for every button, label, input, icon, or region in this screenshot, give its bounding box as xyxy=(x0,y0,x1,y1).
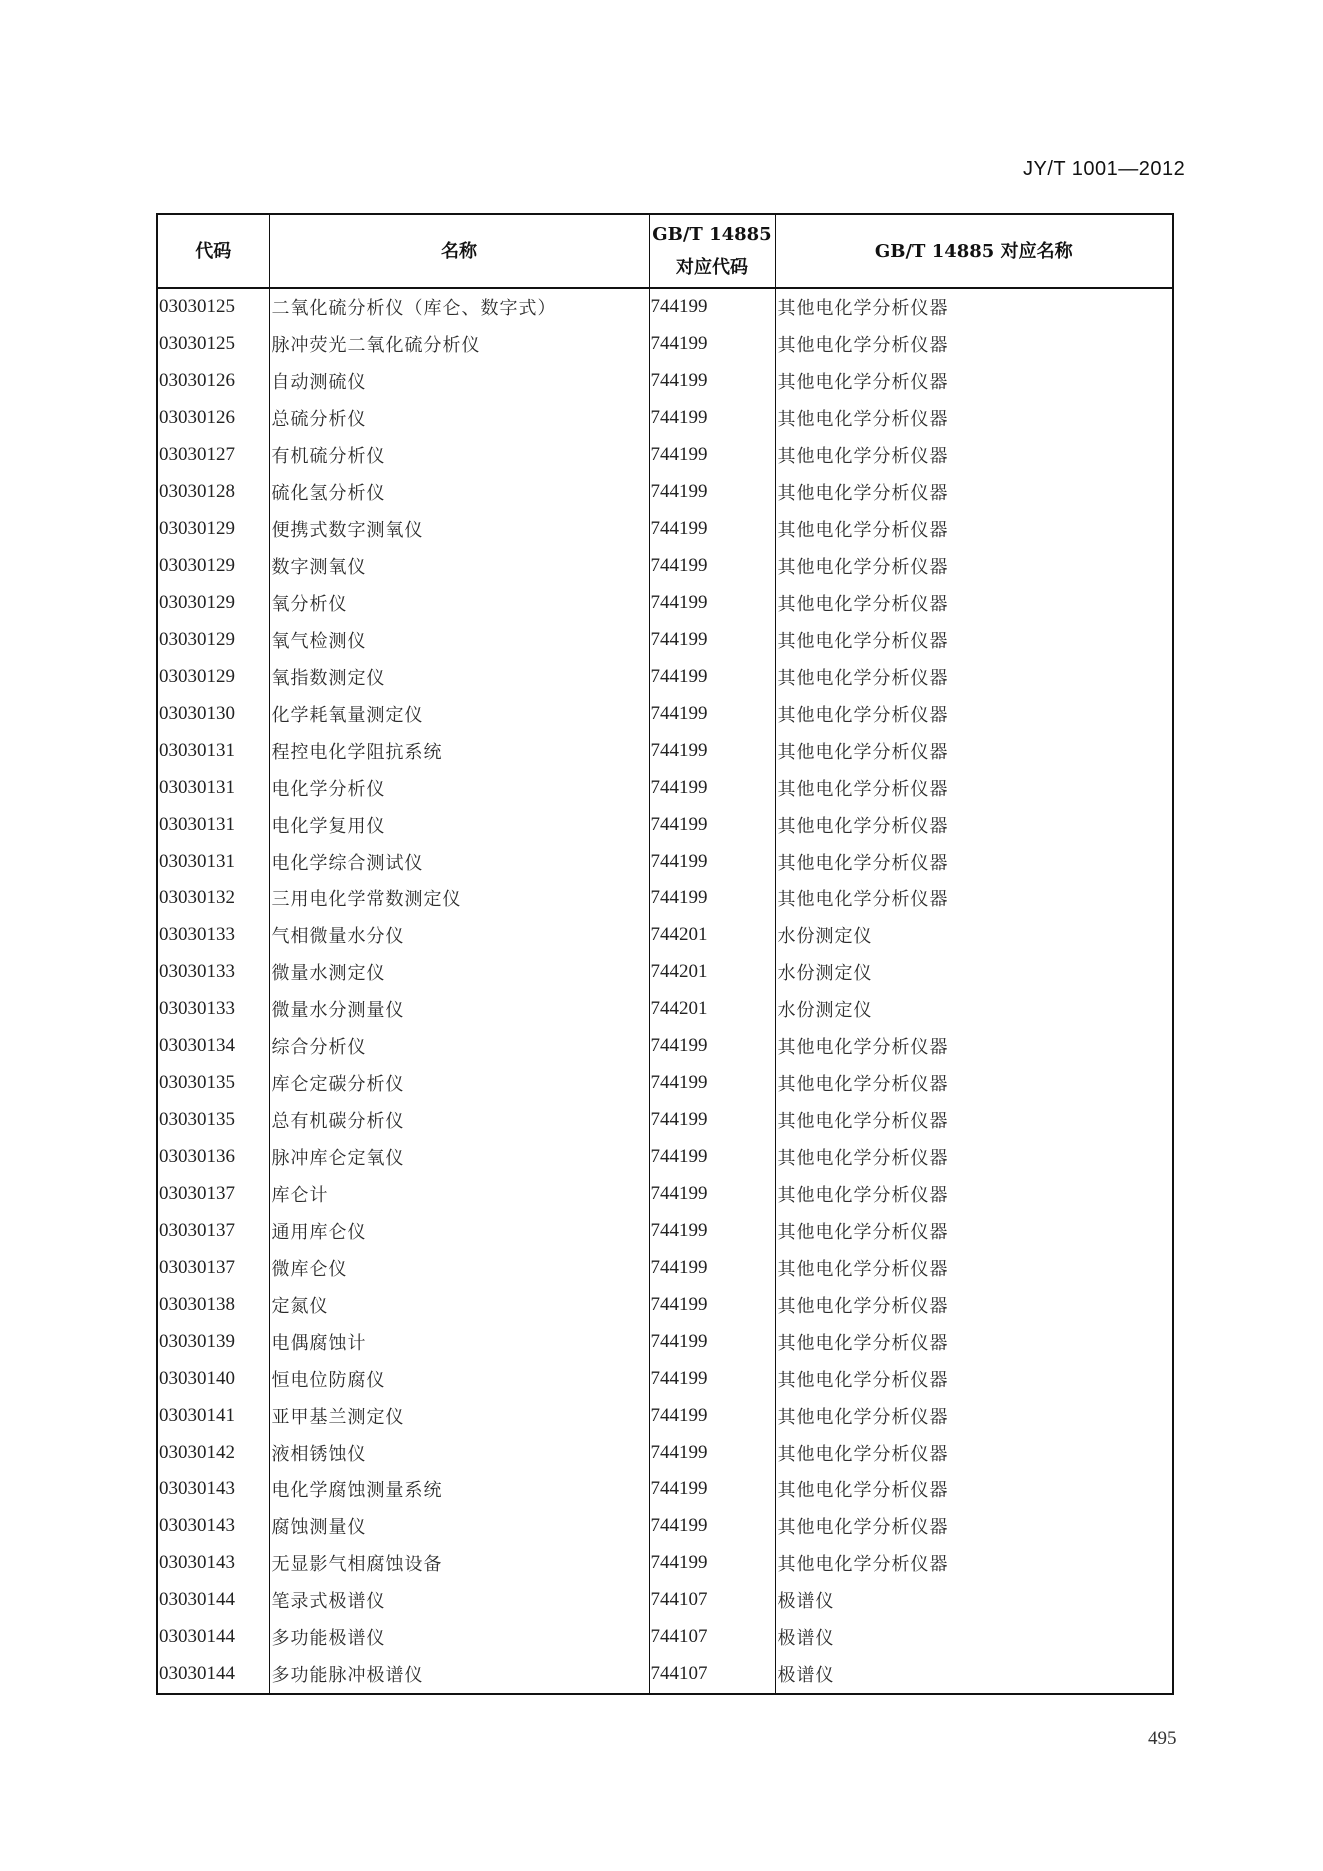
code-cell: 03030139 xyxy=(157,1323,269,1360)
table-row: 03030137通用库仑仪744199其他电化学分析仪器 xyxy=(157,1212,1173,1249)
gb-code-cell: 744199 xyxy=(649,1397,775,1434)
column-header-gb-code: GB/T 14885对应代码 xyxy=(649,214,775,288)
gb-name-cell: 其他电化学分析仪器 xyxy=(775,1434,1173,1471)
gb-name-cell: 其他电化学分析仪器 xyxy=(775,1139,1173,1176)
gb-code-cell: 744199 xyxy=(649,326,775,363)
gb-name-cell: 水份测定仪 xyxy=(775,991,1173,1028)
gb-code-cell: 744199 xyxy=(649,1545,775,1582)
code-cell: 03030131 xyxy=(157,769,269,806)
name-cell: 腐蚀测量仪 xyxy=(269,1508,649,1545)
table-row: 03030129数字测氧仪744199其他电化学分析仪器 xyxy=(157,548,1173,585)
table-row: 03030125脉冲荧光二氧化硫分析仪744199其他电化学分析仪器 xyxy=(157,326,1173,363)
gb-code-cell: 744201 xyxy=(649,991,775,1028)
code-cell: 03030136 xyxy=(157,1139,269,1176)
code-cell: 03030144 xyxy=(157,1582,269,1619)
code-cell: 03030144 xyxy=(157,1619,269,1656)
gb-code-cell: 744199 xyxy=(649,548,775,585)
gb-name-cell: 水份测定仪 xyxy=(775,954,1173,991)
name-cell: 气相微量水分仪 xyxy=(269,917,649,954)
code-cell: 03030142 xyxy=(157,1434,269,1471)
column-header-gb-name: GB/T 14885 对应名称 xyxy=(775,214,1173,288)
gb-name-cell: 其他电化学分析仪器 xyxy=(775,658,1173,695)
gb-code-cell: 744199 xyxy=(649,1434,775,1471)
header-label-line: 代码 xyxy=(158,235,269,268)
code-cell: 03030143 xyxy=(157,1471,269,1508)
table-body: 03030125二氧化硫分析仪（库仑、数字式）744199其他电化学分析仪器03… xyxy=(157,288,1173,1694)
name-cell: 多功能极谱仪 xyxy=(269,1619,649,1656)
header-label-line: 对应代码 xyxy=(650,251,775,284)
table-row: 03030129氧分析仪744199其他电化学分析仪器 xyxy=(157,585,1173,622)
name-cell: 库仑定碳分析仪 xyxy=(269,1065,649,1102)
name-cell: 恒电位防腐仪 xyxy=(269,1360,649,1397)
table-row: 03030131电化学分析仪744199其他电化学分析仪器 xyxy=(157,769,1173,806)
gb-name-cell: 其他电化学分析仪器 xyxy=(775,1397,1173,1434)
gb-code-cell: 744107 xyxy=(649,1582,775,1619)
name-cell: 三用电化学常数测定仪 xyxy=(269,880,649,917)
gb-code-cell: 744199 xyxy=(649,732,775,769)
gb-code-cell: 744199 xyxy=(649,288,775,326)
gb-code-cell: 744199 xyxy=(649,363,775,400)
gb-code-cell: 744199 xyxy=(649,806,775,843)
table-row: 03030129便携式数字测氧仪744199其他电化学分析仪器 xyxy=(157,511,1173,548)
gb-name-cell: 其他电化学分析仪器 xyxy=(775,1212,1173,1249)
code-cell: 03030131 xyxy=(157,843,269,880)
gb-code-cell: 744199 xyxy=(649,621,775,658)
gb-code-cell: 744199 xyxy=(649,880,775,917)
table-row: 03030128硫化氢分析仪744199其他电化学分析仪器 xyxy=(157,474,1173,511)
gb-code-cell: 744199 xyxy=(649,1249,775,1286)
code-cell: 03030132 xyxy=(157,880,269,917)
gb-code-cell: 744199 xyxy=(649,843,775,880)
gb-code-cell: 744199 xyxy=(649,585,775,622)
gb-name-cell: 其他电化学分析仪器 xyxy=(775,363,1173,400)
gb-code-cell: 744199 xyxy=(649,1508,775,1545)
name-cell: 脉冲库仑定氧仪 xyxy=(269,1139,649,1176)
gb-name-cell: 其他电化学分析仪器 xyxy=(775,1286,1173,1323)
code-mapping-table: 代码名称GB/T 14885对应代码GB/T 14885 对应名称 030301… xyxy=(156,213,1174,1695)
table-row: 03030134综合分析仪744199其他电化学分析仪器 xyxy=(157,1028,1173,1065)
gb-code-cell: 744199 xyxy=(649,658,775,695)
code-cell: 03030138 xyxy=(157,1286,269,1323)
table-row: 03030131电化学综合测试仪744199其他电化学分析仪器 xyxy=(157,843,1173,880)
code-cell: 03030137 xyxy=(157,1212,269,1249)
name-cell: 氧分析仪 xyxy=(269,585,649,622)
name-cell: 综合分析仪 xyxy=(269,1028,649,1065)
gb-code-cell: 744199 xyxy=(649,1102,775,1139)
code-cell: 03030126 xyxy=(157,400,269,437)
gb-name-cell: 其他电化学分析仪器 xyxy=(775,1028,1173,1065)
name-cell: 氧指数测定仪 xyxy=(269,658,649,695)
name-cell: 硫化氢分析仪 xyxy=(269,474,649,511)
table-row: 03030135库仑定碳分析仪744199其他电化学分析仪器 xyxy=(157,1065,1173,1102)
name-cell: 液相锈蚀仪 xyxy=(269,1434,649,1471)
gb-name-cell: 其他电化学分析仪器 xyxy=(775,585,1173,622)
table-row: 03030126总硫分析仪744199其他电化学分析仪器 xyxy=(157,400,1173,437)
table-row: 03030137微库仑仪744199其他电化学分析仪器 xyxy=(157,1249,1173,1286)
gb-code-cell: 744199 xyxy=(649,1471,775,1508)
code-cell: 03030125 xyxy=(157,326,269,363)
code-cell: 03030140 xyxy=(157,1360,269,1397)
code-cell: 03030128 xyxy=(157,474,269,511)
table-row: 03030133微量水测定仪744201水份测定仪 xyxy=(157,954,1173,991)
table-row: 03030143腐蚀测量仪744199其他电化学分析仪器 xyxy=(157,1508,1173,1545)
gb-code-cell: 744199 xyxy=(649,1028,775,1065)
code-cell: 03030133 xyxy=(157,954,269,991)
gb-name-cell: 其他电化学分析仪器 xyxy=(775,695,1173,732)
table-row: 03030129氧指数测定仪744199其他电化学分析仪器 xyxy=(157,658,1173,695)
standard-code: JY/T 1001—2012 xyxy=(1023,158,1185,181)
table-row: 03030135总有机碳分析仪744199其他电化学分析仪器 xyxy=(157,1102,1173,1139)
table-row: 03030144笔录式极谱仪744107极谱仪 xyxy=(157,1582,1173,1619)
name-cell: 电化学分析仪 xyxy=(269,769,649,806)
gb-name-cell: 其他电化学分析仪器 xyxy=(775,1545,1173,1582)
code-cell: 03030131 xyxy=(157,732,269,769)
gb-name-cell: 极谱仪 xyxy=(775,1656,1173,1694)
name-cell: 便携式数字测氧仪 xyxy=(269,511,649,548)
header-row: 代码名称GB/T 14885对应代码GB/T 14885 对应名称 xyxy=(157,214,1173,288)
gb-name-cell: 其他电化学分析仪器 xyxy=(775,288,1173,326)
name-cell: 多功能脉冲极谱仪 xyxy=(269,1656,649,1694)
code-cell: 03030143 xyxy=(157,1508,269,1545)
gb-code-cell: 744199 xyxy=(649,1176,775,1213)
code-cell: 03030129 xyxy=(157,511,269,548)
name-cell: 亚甲基兰测定仪 xyxy=(269,1397,649,1434)
name-cell: 有机硫分析仪 xyxy=(269,437,649,474)
name-cell: 程控电化学阻抗系统 xyxy=(269,732,649,769)
column-header-code: 代码 xyxy=(157,214,269,288)
header-label-line: GB/T 14885 对应名称 xyxy=(776,235,1173,268)
table-row: 03030144多功能脉冲极谱仪744107极谱仪 xyxy=(157,1656,1173,1694)
table-row: 03030143无显影气相腐蚀设备744199其他电化学分析仪器 xyxy=(157,1545,1173,1582)
code-cell: 03030141 xyxy=(157,1397,269,1434)
table-row: 03030133气相微量水分仪744201水份测定仪 xyxy=(157,917,1173,954)
table-row: 03030126自动测硫仪744199其他电化学分析仪器 xyxy=(157,363,1173,400)
name-cell: 二氧化硫分析仪（库仑、数字式） xyxy=(269,288,649,326)
code-cell: 03030129 xyxy=(157,548,269,585)
gb-code-cell: 744199 xyxy=(649,1323,775,1360)
name-cell: 电化学腐蚀测量系统 xyxy=(269,1471,649,1508)
column-header-name: 名称 xyxy=(269,214,649,288)
gb-name-cell: 其他电化学分析仪器 xyxy=(775,1249,1173,1286)
table-row: 03030139电偶腐蚀计744199其他电化学分析仪器 xyxy=(157,1323,1173,1360)
gb-code-cell: 744199 xyxy=(649,437,775,474)
table-row: 03030127有机硫分析仪744199其他电化学分析仪器 xyxy=(157,437,1173,474)
table-row: 03030133微量水分测量仪744201水份测定仪 xyxy=(157,991,1173,1028)
name-cell: 自动测硫仪 xyxy=(269,363,649,400)
header-label-line: 名称 xyxy=(270,235,649,268)
name-cell: 脉冲荧光二氧化硫分析仪 xyxy=(269,326,649,363)
header-label-line: GB/T 14885 xyxy=(650,218,775,251)
name-cell: 微量水分测量仪 xyxy=(269,991,649,1028)
gb-name-cell: 极谱仪 xyxy=(775,1582,1173,1619)
code-cell: 03030143 xyxy=(157,1545,269,1582)
gb-code-cell: 744199 xyxy=(649,474,775,511)
code-cell: 03030137 xyxy=(157,1176,269,1213)
gb-code-cell: 744199 xyxy=(649,1139,775,1176)
name-cell: 总有机碳分析仪 xyxy=(269,1102,649,1139)
code-cell: 03030125 xyxy=(157,288,269,326)
table-row: 03030138定氮仪744199其他电化学分析仪器 xyxy=(157,1286,1173,1323)
table-header: 代码名称GB/T 14885对应代码GB/T 14885 对应名称 xyxy=(157,214,1173,288)
name-cell: 微库仑仪 xyxy=(269,1249,649,1286)
table-row: 03030131程控电化学阻抗系统744199其他电化学分析仪器 xyxy=(157,732,1173,769)
code-cell: 03030135 xyxy=(157,1065,269,1102)
code-cell: 03030126 xyxy=(157,363,269,400)
gb-code-cell: 744107 xyxy=(649,1656,775,1694)
name-cell: 无显影气相腐蚀设备 xyxy=(269,1545,649,1582)
gb-name-cell: 其他电化学分析仪器 xyxy=(775,548,1173,585)
name-cell: 微量水测定仪 xyxy=(269,954,649,991)
equipment-code-table: 代码名称GB/T 14885对应代码GB/T 14885 对应名称 030301… xyxy=(156,213,1172,1695)
gb-code-cell: 744199 xyxy=(649,1286,775,1323)
gb-name-cell: 极谱仪 xyxy=(775,1619,1173,1656)
code-cell: 03030134 xyxy=(157,1028,269,1065)
table-row: 03030125二氧化硫分析仪（库仑、数字式）744199其他电化学分析仪器 xyxy=(157,288,1173,326)
gb-name-cell: 其他电化学分析仪器 xyxy=(775,1065,1173,1102)
gb-name-cell: 其他电化学分析仪器 xyxy=(775,1471,1173,1508)
name-cell: 电化学综合测试仪 xyxy=(269,843,649,880)
table-row: 03030143电化学腐蚀测量系统744199其他电化学分析仪器 xyxy=(157,1471,1173,1508)
gb-name-cell: 其他电化学分析仪器 xyxy=(775,621,1173,658)
table-row: 03030140恒电位防腐仪744199其他电化学分析仪器 xyxy=(157,1360,1173,1397)
gb-code-cell: 744199 xyxy=(649,511,775,548)
code-cell: 03030133 xyxy=(157,991,269,1028)
gb-name-cell: 其他电化学分析仪器 xyxy=(775,806,1173,843)
gb-name-cell: 其他电化学分析仪器 xyxy=(775,474,1173,511)
gb-name-cell: 其他电化学分析仪器 xyxy=(775,769,1173,806)
table-row: 03030129氧气检测仪744199其他电化学分析仪器 xyxy=(157,621,1173,658)
code-cell: 03030127 xyxy=(157,437,269,474)
table-row: 03030141亚甲基兰测定仪744199其他电化学分析仪器 xyxy=(157,1397,1173,1434)
gb-code-cell: 744201 xyxy=(649,954,775,991)
name-cell: 总硫分析仪 xyxy=(269,400,649,437)
gb-name-cell: 其他电化学分析仪器 xyxy=(775,326,1173,363)
code-cell: 03030137 xyxy=(157,1249,269,1286)
gb-name-cell: 其他电化学分析仪器 xyxy=(775,511,1173,548)
code-cell: 03030129 xyxy=(157,585,269,622)
name-cell: 数字测氧仪 xyxy=(269,548,649,585)
gb-code-cell: 744199 xyxy=(649,769,775,806)
gb-name-cell: 其他电化学分析仪器 xyxy=(775,732,1173,769)
gb-name-cell: 其他电化学分析仪器 xyxy=(775,400,1173,437)
gb-name-cell: 其他电化学分析仪器 xyxy=(775,1176,1173,1213)
code-cell: 03030131 xyxy=(157,806,269,843)
table-row: 03030144多功能极谱仪744107极谱仪 xyxy=(157,1619,1173,1656)
gb-code-cell: 744107 xyxy=(649,1619,775,1656)
gb-name-cell: 其他电化学分析仪器 xyxy=(775,1102,1173,1139)
table-row: 03030137库仑计744199其他电化学分析仪器 xyxy=(157,1176,1173,1213)
name-cell: 电偶腐蚀计 xyxy=(269,1323,649,1360)
table-row: 03030132三用电化学常数测定仪744199其他电化学分析仪器 xyxy=(157,880,1173,917)
code-cell: 03030144 xyxy=(157,1656,269,1694)
name-cell: 定氮仪 xyxy=(269,1286,649,1323)
gb-name-cell: 其他电化学分析仪器 xyxy=(775,843,1173,880)
gb-name-cell: 其他电化学分析仪器 xyxy=(775,437,1173,474)
table-row: 03030131电化学复用仪744199其他电化学分析仪器 xyxy=(157,806,1173,843)
name-cell: 电化学复用仪 xyxy=(269,806,649,843)
gb-code-cell: 744199 xyxy=(649,695,775,732)
gb-name-cell: 其他电化学分析仪器 xyxy=(775,1508,1173,1545)
gb-code-cell: 744199 xyxy=(649,1065,775,1102)
gb-name-cell: 其他电化学分析仪器 xyxy=(775,1323,1173,1360)
code-cell: 03030135 xyxy=(157,1102,269,1139)
table-row: 03030142液相锈蚀仪744199其他电化学分析仪器 xyxy=(157,1434,1173,1471)
code-cell: 03030129 xyxy=(157,658,269,695)
gb-code-cell: 744199 xyxy=(649,1360,775,1397)
page-number: 495 xyxy=(1148,1728,1177,1750)
gb-code-cell: 744199 xyxy=(649,400,775,437)
code-cell: 03030133 xyxy=(157,917,269,954)
gb-name-cell: 其他电化学分析仪器 xyxy=(775,1360,1173,1397)
code-cell: 03030130 xyxy=(157,695,269,732)
table-row: 03030136脉冲库仑定氧仪744199其他电化学分析仪器 xyxy=(157,1139,1173,1176)
gb-code-cell: 744199 xyxy=(649,1212,775,1249)
gb-name-cell: 其他电化学分析仪器 xyxy=(775,880,1173,917)
code-cell: 03030129 xyxy=(157,621,269,658)
name-cell: 氧气检测仪 xyxy=(269,621,649,658)
name-cell: 库仑计 xyxy=(269,1176,649,1213)
table-row: 03030130化学耗氧量测定仪744199其他电化学分析仪器 xyxy=(157,695,1173,732)
name-cell: 笔录式极谱仪 xyxy=(269,1582,649,1619)
gb-name-cell: 水份测定仪 xyxy=(775,917,1173,954)
name-cell: 通用库仑仪 xyxy=(269,1212,649,1249)
name-cell: 化学耗氧量测定仪 xyxy=(269,695,649,732)
gb-code-cell: 744201 xyxy=(649,917,775,954)
